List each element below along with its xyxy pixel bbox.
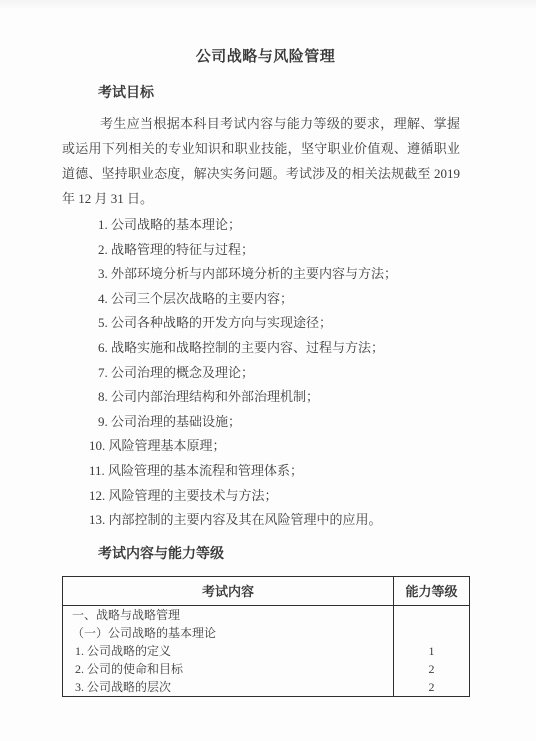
row-topic: 一、战略与战略管理	[63, 605, 394, 624]
document-content: 公司战略与风险管理 考试目标 考生应当根据本科目考试内容与能力等级的要求，理解、…	[62, 0, 469, 697]
objective-item-13: 13. 内部控制的主要内容及其在风险管理中的应用。	[89, 508, 469, 533]
objective-item-6: 6. 战略实施和战略控制的主要内容、过程与方法；	[98, 336, 469, 361]
table-row: 1. 公司战略的定义 1	[63, 642, 470, 660]
objective-item-8: 8. 公司内部治理结构和外部治理机制；	[98, 385, 469, 410]
row-grade: 2	[394, 660, 470, 678]
section-heading-exam-content: 考试内容与能力等级	[98, 544, 469, 565]
row-grade	[394, 624, 470, 642]
row-topic: 1. 公司战略的定义	[63, 642, 394, 660]
table-row: 一、战略与战略管理	[63, 605, 470, 624]
section-heading-exam-objectives: 考试目标	[98, 83, 469, 104]
row-grade: 2	[394, 678, 470, 697]
objective-item-3: 3. 外部环境分析与内部环境分析的主要内容与方法；	[98, 262, 469, 287]
column-header-exam-content: 考试内容	[63, 576, 394, 605]
page-title: 公司战略与风险管理	[62, 46, 469, 68]
objective-item-1: 1. 公司战略的基本理论；	[98, 213, 469, 238]
objective-item-4: 4. 公司三个层次战略的主要内容；	[98, 287, 469, 312]
objective-item-2: 2. 战略管理的特征与过程；	[98, 238, 469, 263]
objective-item-10: 10. 风险管理基本原理；	[89, 434, 469, 459]
table-header-row: 考试内容 能力等级	[63, 576, 470, 605]
objectives-list: 1. 公司战略的基本理论； 2. 战略管理的特征与过程； 3. 外部环境分析与内…	[98, 213, 469, 533]
row-topic: 2. 公司的使命和目标	[63, 660, 394, 678]
objective-item-5: 5. 公司各种战略的开发方向与实现途径；	[98, 311, 469, 336]
table-row: 2. 公司的使命和目标 2	[63, 660, 470, 678]
objective-item-9: 9. 公司治理的基础设施；	[98, 410, 469, 435]
document-page: 公司战略与风险管理 考试目标 考生应当根据本科目考试内容与能力等级的要求，理解、…	[0, 0, 536, 741]
row-topic: 3. 公司战略的层次	[63, 678, 394, 697]
objective-item-11: 11. 风险管理的基本流程和管理体系；	[89, 459, 469, 484]
exam-content-table: 考试内容 能力等级 一、战略与战略管理 （一）公司战略的基本理论 1. 公司战略…	[62, 576, 470, 697]
row-grade	[394, 605, 470, 624]
table-row: 3. 公司战略的层次 2	[63, 678, 470, 697]
row-grade: 1	[394, 642, 470, 660]
objective-item-7: 7. 公司治理的概念及理论；	[98, 361, 469, 386]
table-row: （一）公司战略的基本理论	[63, 624, 470, 642]
column-header-ability-grade: 能力等级	[394, 576, 470, 605]
objective-item-12: 12. 风险管理的主要技术与方法；	[89, 484, 469, 509]
objectives-intro-paragraph: 考生应当根据本科目考试内容与能力等级的要求，理解、掌握或运用下列相关的专业知识和…	[62, 111, 460, 211]
row-topic: （一）公司战略的基本理论	[63, 624, 394, 642]
